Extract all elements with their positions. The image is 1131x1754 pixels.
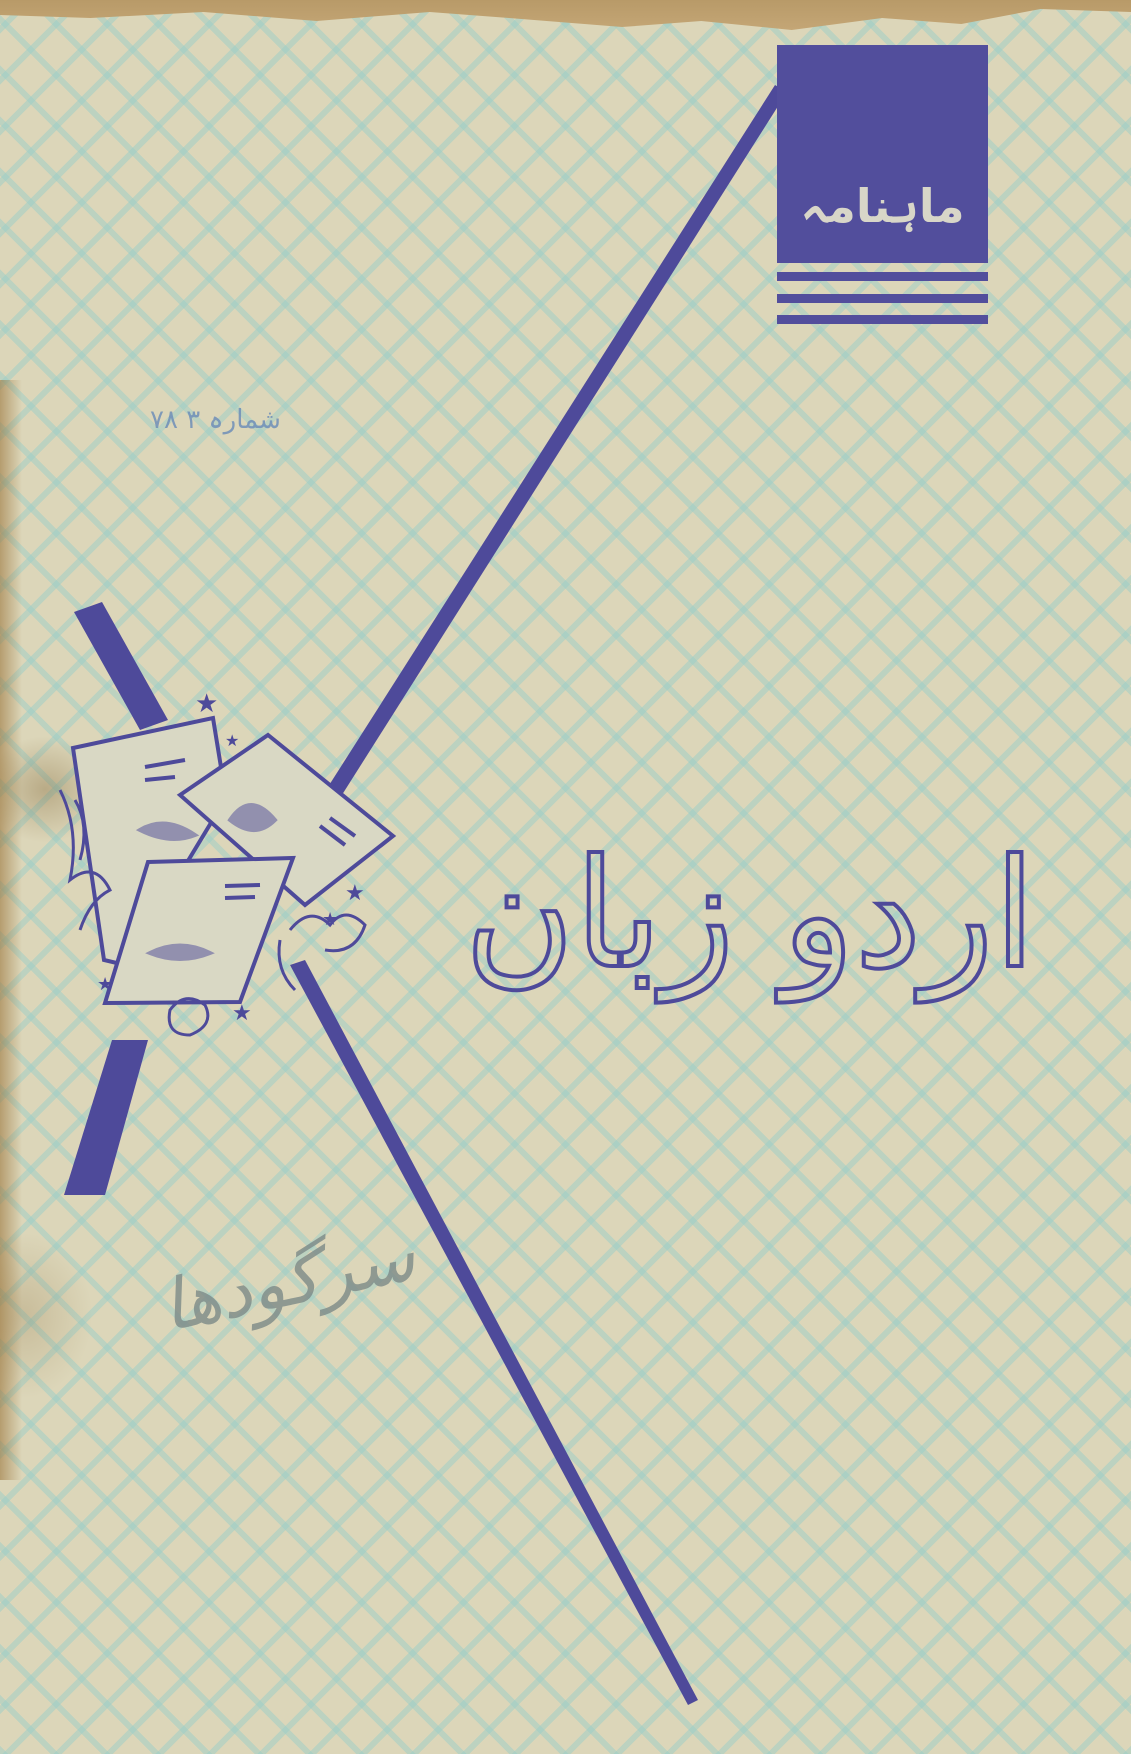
masthead-block: ماہنامہ xyxy=(777,45,988,263)
magazine-cover: ★ ★ ★ ★ ★ ★ ماہنامہ شمارہ ۳ ۷۸ اردو زبان… xyxy=(0,0,1131,1754)
thick-bar-upper xyxy=(74,602,168,730)
svg-text:★: ★ xyxy=(195,689,218,719)
svg-text:★: ★ xyxy=(97,974,113,995)
masthead-stripe xyxy=(777,294,988,303)
masthead-label: ماہنامہ xyxy=(800,179,964,233)
svg-text:★: ★ xyxy=(232,1001,252,1026)
masthead-stripe xyxy=(777,272,988,281)
svg-text:★: ★ xyxy=(345,881,365,906)
diagonal-line-lower xyxy=(290,960,698,1705)
svg-text:★: ★ xyxy=(225,731,239,750)
diagonal-line-upper xyxy=(326,85,787,798)
magazine-title: اردو زبان xyxy=(445,800,1055,1030)
handwritten-issue-note: شمارہ ۳ ۷۸ xyxy=(150,405,281,435)
masthead-stripe xyxy=(777,315,988,324)
thick-bar-lower xyxy=(64,1040,148,1195)
